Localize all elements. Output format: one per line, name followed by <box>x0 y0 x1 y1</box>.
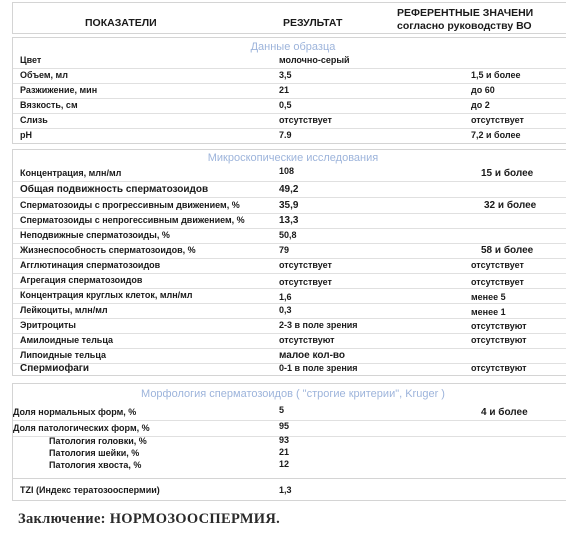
table-row: Концентрация, млн/мл 108 15 и более <box>13 166 566 182</box>
table-row: Амилоидные тельца отсутствуют отсутствую… <box>13 333 566 349</box>
table-row: Концентрация круглых клеток, млн/мл 1,6 … <box>13 288 566 304</box>
table-row: Агглютинация сперматозоидов отсутствует … <box>13 258 566 274</box>
table-row: Слизь отсутствует отсутствует <box>13 113 566 129</box>
table-row: Патология головки, % 93 <box>13 435 566 447</box>
table-row: Сперматозоиды с прогрессивным движением,… <box>13 198 566 214</box>
section-microscopic: Микроскопические исследования Концентрац… <box>12 149 566 376</box>
section-title: Микроскопические исследования <box>13 152 566 164</box>
header-result: РЕЗУЛЬТАТ <box>283 17 342 29</box>
table-row: Сперматозоиды с непрогессивным движением… <box>13 213 566 229</box>
table-row: Общая подвижность сперматозоидов 49,2 <box>13 182 566 198</box>
table-row: pH 7.9 7,2 и более <box>13 128 566 143</box>
table-row: Эритроциты 2-3 в поле зрения отсутствуют <box>13 318 566 334</box>
table-row: Разжижение, мин 21 до 60 <box>13 83 566 99</box>
section-title: Данные образца <box>13 41 566 53</box>
table-header: ПОКАЗАТЕЛИ РЕЗУЛЬТАТ РЕФЕРЕНТНЫЕ ЗНАЧЕНИ… <box>12 2 566 34</box>
section-sample-data: Данные образца Цвет молочно-серый Объем,… <box>12 37 566 144</box>
table-row: Лейкоциты, млн/мл 0,3 менее 1 <box>13 303 566 319</box>
table-row: Патология шейки, % 21 <box>13 447 566 459</box>
table-row: Неподвижные сперматозоиды, % 50,8 <box>13 228 566 244</box>
table-row: Вязкость, см 0,5 до 2 <box>13 98 566 114</box>
table-row: Жизнеспособность сперматозоидов, % 79 58… <box>13 243 566 259</box>
header-reference: РЕФЕРЕНТНЫЕ ЗНАЧЕНИ согласно руководству… <box>397 7 533 33</box>
table-row: Цвет молочно-серый <box>13 53 566 69</box>
header-indicator: ПОКАЗАТЕЛИ <box>85 17 157 29</box>
table-row: Спермиофаги 0-1 в поле зрения отсутствую… <box>13 361 566 376</box>
table-row: Патология хвоста, % 12 <box>13 459 566 479</box>
table-row: Доля нормальных форм, % 5 4 и более <box>13 405 566 421</box>
table-row: Объем, мл 3,5 1,5 и более <box>13 68 566 84</box>
conclusion: Заключение: НОРМОЗООСПЕРМИЯ. <box>18 511 280 528</box>
section-morphology: Морфология сперматозоидов ( "строгие кри… <box>12 383 566 501</box>
section-title: Морфология сперматозоидов ( "строгие кри… <box>13 388 566 400</box>
table-row: Агрегация сперматозоидов отсутствует отс… <box>13 273 566 289</box>
table-row: TZI (Индекс тератозооспермии) 1,3 <box>13 483 566 498</box>
